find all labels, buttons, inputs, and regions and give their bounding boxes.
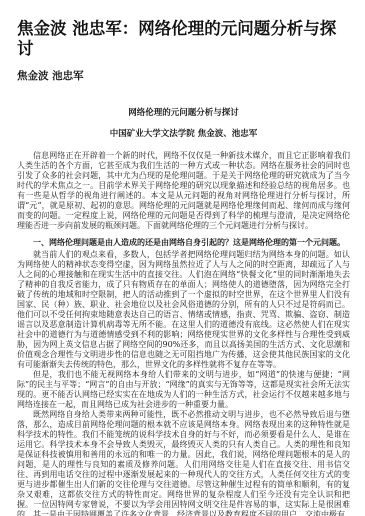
page-title: 焦金波 池忠军：网络伦理的元问题分析与探讨 xyxy=(17,19,350,59)
paragraph-intro: 信息网络正在开辟着一个新的时代，网络不仅仅是一种新技术媒介，而且它正影响着我们人… xyxy=(17,151,350,231)
article-affiliation: 中国矿业大学文法学院 焦金波、池忠军 xyxy=(17,127,350,139)
article-body: 信息网络正在开辟着一个新的时代，网络不仅仅是一种新技术媒介，而且它正影响着我们人… xyxy=(17,151,350,516)
paragraph-current-views: 就当前人们的观点来看，多数人，包括学者把网络伦理问题归结为网络本身的问题。如认为… xyxy=(17,250,350,370)
document-page: 焦金波 池忠军：网络伦理的元问题分析与探讨 焦金波 池忠军 网络伦理的元问题分析… xyxy=(0,0,365,516)
paragraph-network-benefits: 但是，我们也不能无视网络本身给人们带来的文明与进步，如“网道”的快速与便捷；“网… xyxy=(17,370,350,410)
article-title: 网络伦理的元问题分析与探讨 xyxy=(17,106,350,118)
paragraph-human-root-cause: 既然网络自身给人类带来两种可能性，既不必然推动文明与进步，也不必然导致后退与堕落… xyxy=(17,410,350,516)
section-heading-first-meta-question: 一、网络伦理问题是由人造成的还是由网络自身引起的？这是网络伦理的第一个元问题。 xyxy=(17,237,350,247)
page-byline: 焦金波 池忠军 xyxy=(17,68,350,83)
